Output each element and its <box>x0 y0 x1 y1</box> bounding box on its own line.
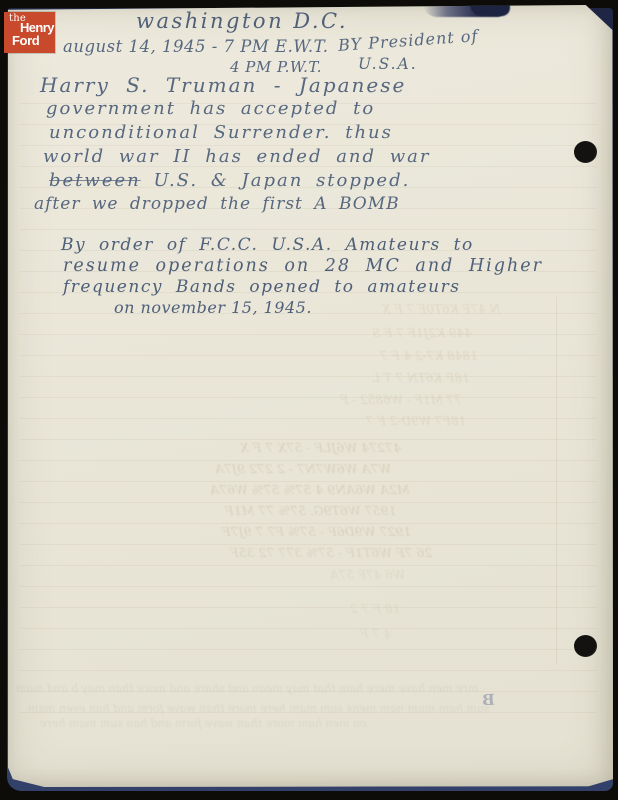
bleed-through-line: 1848 K7-2 4 F 7 <box>380 349 478 363</box>
bleed-through-line: mre men have mere ham that may mean and … <box>16 682 478 695</box>
entry-line-abomb: after we dropped the first A BOMB <box>34 194 400 214</box>
line-rest: U.S. & Japan stopped. <box>141 170 411 191</box>
bleed-through-line: 1957 W6T9G, 57% 77 M1F <box>225 503 396 518</box>
fcc-line-1: By order of F.C.C. U.S.A. Amateurs to <box>61 235 474 255</box>
bleed-through-line: 18F7 W9D-2 F 7 <box>366 414 466 428</box>
entry-line-war-ended: world war II has ended and war <box>43 146 431 167</box>
punch-hole-bottom <box>574 635 597 657</box>
struck-word: between <box>49 170 141 191</box>
photo-stage: washington D.C. august 14, 1945 - 7 PM E… <box>0 0 618 800</box>
journal-page: washington D.C. august 14, 1945 - 7 PM E… <box>8 5 613 787</box>
ink-blot-core <box>470 5 510 16</box>
ruled-column-line <box>556 297 557 665</box>
logo-text-ford: Ford <box>12 33 39 48</box>
bleed-through-line: 26 7F W6T1F - 57% 377 72 35F <box>230 545 432 560</box>
entry-date-line: august 14, 1945 - 7 PM E.W.T. <box>63 37 328 56</box>
bleed-through-line: 47274 W6JLF - 57X 7 F X <box>240 440 401 455</box>
bleed-through-line: N 47F K6T0F 7 F X <box>382 302 500 316</box>
bleed-through-line: W7A W6W7N7 - 2 272 9J7A <box>215 461 391 476</box>
bleed-through-line: W6 47F 57A <box>330 568 405 582</box>
entry-line-government: government has accepted to <box>46 98 375 119</box>
bleed-through-line: 1927 W9D6F - 57% F7 7 9J7F <box>222 524 411 539</box>
fcc-line-2: resume operations on 28 MC and Higher <box>63 256 543 276</box>
bleed-through-line: 18 F 7 2 <box>350 602 400 616</box>
bleed-through-line: 449 K2J1F 7 F S <box>372 326 472 340</box>
entry-line-surrender: unconditional Surrender. thus <box>49 122 393 143</box>
bleed-through-line: 18F K6TN 7 T L <box>372 371 470 385</box>
bleed-through-line: sum ham mum nam mens sum mam here more t… <box>28 702 490 715</box>
fcc-line-4: on november 15, 1945. <box>114 298 312 317</box>
henry-ford-logo: the Henry Ford <box>4 12 55 53</box>
punch-hole-top <box>574 141 597 163</box>
entry-heading: washington D.C. <box>136 9 348 33</box>
bleed-through-b-mark: B <box>482 691 496 710</box>
entry-line-war-stopped: between U.S. & Japan stopped. <box>49 170 410 191</box>
bleed-through-line: 77 M1F - W6852 - F <box>340 393 462 407</box>
entry-by-line: BY President of <box>338 26 479 55</box>
bleed-through-line: 4 7 F <box>360 627 391 641</box>
bleed-through-line: on men ham more than wave form and han s… <box>40 717 367 730</box>
entry-usa: U.S.A. <box>358 55 418 73</box>
entry-line-truman: Harry S. Truman - Japanese <box>40 73 406 97</box>
bleed-through-line: M2A W6AN9 4 57% 57% W67A <box>210 482 410 497</box>
fcc-line-3: frequency Bands opened to amateurs <box>63 277 460 297</box>
